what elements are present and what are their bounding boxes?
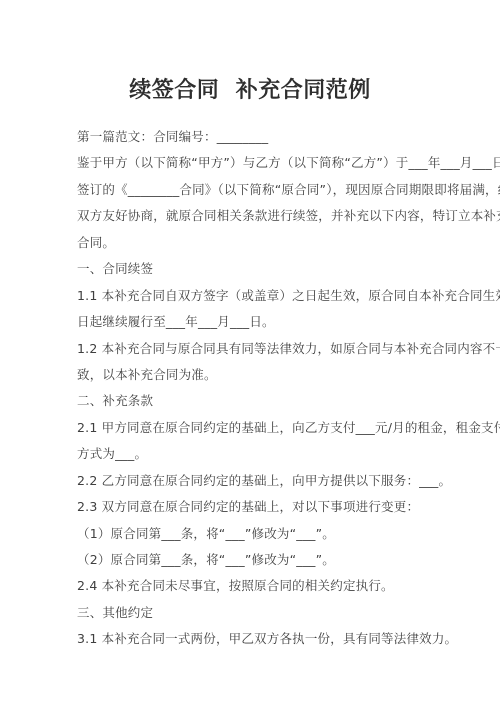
document-body: 第一篇范文：合同编号：________鉴于甲方（以下简称“甲方”）与乙方（以下简… (77, 124, 500, 653)
document-line: 2.3 双方同意在原合同约定的基础上，对以下事项进行变更： (77, 494, 500, 520)
document-page: 续签合同 补充合同范例 第一篇范文：合同编号：________鉴于甲方（以下简称… (0, 0, 500, 707)
section-heading: 二、补充条款 (77, 388, 500, 414)
document-line: 双方友好协商，就原合同相关条款进行续签，并补充以下内容，特订立本补充 (77, 203, 500, 229)
document-line: 1.1 本补充合同自双方签字（或盖章）之日起生效，原合同自本补充合同生效之 (77, 283, 500, 309)
document-line: 致，以本补充合同为准。 (77, 362, 500, 388)
document-line: 2.1 甲方同意在原合同约定的基础上，向乙方支付___元/月的租金，租金支付 (77, 415, 500, 441)
document-line: （2）原合同第___条，将“___”修改为“___”。 (77, 547, 500, 573)
document-line: 合同。 (77, 230, 500, 256)
document-line: 1.2 本补充合同与原合同具有同等法律效力，如原合同与本补充合同内容不一 (77, 336, 500, 362)
document-line: 3.1 本补充合同一式两份，甲乙双方各执一份，具有同等法律效力。 (77, 626, 500, 652)
document-line: 2.4 本补充合同未尽事宜，按照原合同的相关约定执行。 (77, 573, 500, 599)
document-line: 第一篇范文：合同编号：________ (77, 124, 500, 150)
document-line: 鉴于甲方（以下简称“甲方”）与乙方（以下简称“乙方”）于___年___月___日 (77, 150, 500, 176)
document-line: （1）原合同第___条，将“___”修改为“___”。 (77, 521, 500, 547)
section-heading: 一、合同续签 (77, 256, 500, 282)
document-line: 签订的《________合同》（以下简称“原合同”），现因原合同期限即将届满，经 (77, 177, 500, 203)
document-line: 日起继续履行至___年___月___日。 (77, 309, 500, 335)
document-line: 2.2 乙方同意在原合同约定的基础上，向甲方提供以下服务：___。 (77, 468, 500, 494)
section-heading: 三、其他约定 (77, 600, 500, 626)
document-title: 续签合同 补充合同范例 (0, 76, 500, 106)
document-line: 方式为___。 (77, 441, 500, 467)
